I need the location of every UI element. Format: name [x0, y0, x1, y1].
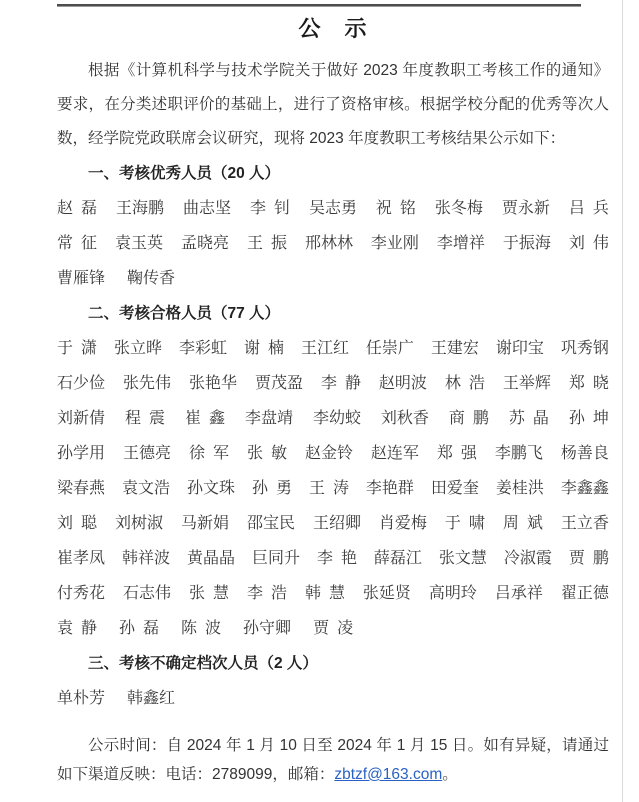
person-name: 肖爱梅	[379, 506, 427, 541]
person-name: 张冬梅	[435, 191, 483, 226]
person-name: 程 震	[125, 401, 165, 436]
person-name: 孟晓亮	[181, 226, 229, 261]
person-name: 崔孝凤	[57, 541, 105, 576]
name-row: 刘 聪刘树淑马新娟邵宝民王绍卿肖爱梅于 啸周 斌王立香	[57, 506, 609, 541]
name-row: 常 征袁玉英孟晓亮王 振邢林林李业刚李增祥于振海刘 伟	[57, 226, 609, 261]
person-name: 鞠传香	[127, 261, 175, 296]
person-name: 谢印宝	[496, 331, 544, 366]
top-rule-line	[57, 4, 581, 7]
person-name: 常 征	[57, 226, 97, 261]
person-name: 李 浩	[247, 576, 287, 611]
notice-document: 公 示 根据《计算机科学与技术学院关于做好 2023 年度教职工考核工作的通知》…	[0, 0, 639, 789]
person-name: 张延贤	[363, 576, 411, 611]
person-name: 王 涛	[309, 471, 349, 506]
person-name: 巩秀钢	[561, 331, 609, 366]
person-name: 韩鑫红	[127, 681, 175, 716]
person-name: 翟正德	[561, 576, 609, 611]
person-name: 孙学用	[57, 436, 105, 471]
intro-paragraph: 根据《计算机科学与技术学院关于做好 2023 年度教职工考核工作的通知》要求，在…	[57, 54, 609, 156]
person-name: 李艳群	[366, 471, 414, 506]
notice-title: 公 示	[57, 14, 609, 44]
person-name: 刘秋香	[381, 401, 429, 436]
person-name: 邢林林	[305, 226, 353, 261]
footer-suffix: 。	[442, 766, 458, 783]
email-link[interactable]: zbtzf@163.com	[334, 766, 442, 783]
section-1-heading: 一、考核优秀人员（20 人）	[57, 156, 609, 191]
person-name: 王立香	[561, 506, 609, 541]
person-name: 李增祥	[437, 226, 485, 261]
person-name: 曹雁锋	[57, 261, 105, 296]
person-name: 苏 晶	[509, 401, 549, 436]
person-name: 李彩虹	[179, 331, 227, 366]
person-name: 李 艳	[317, 541, 357, 576]
person-name: 徐 军	[189, 436, 229, 471]
person-name: 李鹏飞	[495, 436, 543, 471]
person-name: 王建宏	[431, 331, 479, 366]
person-name: 王江红	[301, 331, 349, 366]
name-row: 崔孝凤韩祥波黄晶晶巨同升李 艳薛磊江张文慧冷淑霞贾 鹏	[57, 541, 609, 576]
person-name: 于 啸	[445, 506, 485, 541]
person-name: 王绍卿	[313, 506, 361, 541]
person-name: 吴志勇	[309, 191, 357, 226]
person-name: 贾永新	[502, 191, 550, 226]
person-name: 于 潇	[57, 331, 97, 366]
person-name: 周 斌	[503, 506, 543, 541]
name-row: 梁春燕袁文浩孙文珠孙 勇王 涛李艳群田爱奎姜桂洪李鑫鑫	[57, 471, 609, 506]
name-row: 孙学用王德亮徐 军张 敏赵金铃赵连军郑 强李鹏飞杨善良	[57, 436, 609, 471]
person-name: 陈 波	[181, 611, 221, 646]
person-name: 张先伟	[123, 366, 171, 401]
person-name: 田爱奎	[431, 471, 479, 506]
person-name: 孙 磊	[119, 611, 159, 646]
person-name: 贾 鹏	[569, 541, 609, 576]
person-name: 王海鹏	[116, 191, 164, 226]
person-name: 袁玉英	[115, 226, 163, 261]
person-name: 曲志坚	[183, 191, 231, 226]
person-name: 吕 兵	[569, 191, 609, 226]
person-name: 郑 强	[437, 436, 477, 471]
person-name: 杨善良	[561, 436, 609, 471]
person-name: 王举辉	[503, 366, 551, 401]
person-name: 任崇广	[366, 331, 414, 366]
person-name: 谢 楠	[244, 331, 284, 366]
person-name: 李 钊	[250, 191, 290, 226]
person-name: 张文慧	[439, 541, 487, 576]
person-name: 贾茂盈	[255, 366, 303, 401]
person-name: 高明玲	[429, 576, 477, 611]
person-name: 商 鹏	[449, 401, 489, 436]
name-row: 于 潇张立晔李彩虹谢 楠王江红任崇广王建宏谢印宝巩秀钢	[57, 331, 609, 366]
person-name: 孙 坤	[569, 401, 609, 436]
person-name: 张立晔	[114, 331, 162, 366]
person-name: 吕承祥	[495, 576, 543, 611]
person-name: 黄晶晶	[187, 541, 235, 576]
person-name: 马新娟	[181, 506, 229, 541]
person-name: 李业刚	[371, 226, 419, 261]
section-2-heading: 二、考核合格人员（77 人）	[57, 296, 609, 331]
person-name: 郑 晓	[569, 366, 609, 401]
name-row: 曹雁锋鞠传香	[57, 261, 609, 296]
person-name: 袁 静	[57, 611, 97, 646]
person-name: 李 静	[321, 366, 361, 401]
person-name: 石少俭	[57, 366, 105, 401]
person-name: 巨同升	[252, 541, 300, 576]
person-name: 刘树淑	[115, 506, 163, 541]
person-name: 孙文珠	[187, 471, 235, 506]
name-row: 石少俭张先伟张艳华贾茂盈李 静赵明波林 浩王举辉郑 晓	[57, 366, 609, 401]
person-name: 李鑫鑫	[561, 471, 609, 506]
person-name: 韩 慧	[305, 576, 345, 611]
person-name: 李幼蛟	[313, 401, 361, 436]
person-name: 付秀花	[57, 576, 105, 611]
person-name: 刘新倩	[57, 401, 105, 436]
person-name: 冷淑霞	[504, 541, 552, 576]
person-name: 刘 伟	[569, 226, 609, 261]
person-name: 王德亮	[123, 436, 171, 471]
person-name: 孙 勇	[252, 471, 292, 506]
name-row: 刘新倩程 震崔 鑫李盘靖李幼蛟刘秋香商 鹏苏 晶孙 坤	[57, 401, 609, 436]
footer-text: 公示时间：自 2024 年 1 月 10 日至 2024 年 1 月 15 日。…	[57, 737, 609, 783]
person-name: 赵 磊	[57, 191, 97, 226]
person-name: 张艳华	[189, 366, 237, 401]
person-name: 祝 铭	[376, 191, 416, 226]
person-name: 袁文浩	[122, 471, 170, 506]
person-name: 赵金铃	[305, 436, 353, 471]
person-name: 赵明波	[379, 366, 427, 401]
person-name: 孙守卿	[243, 611, 291, 646]
section-3-heading: 三、考核不确定档次人员（2 人）	[57, 646, 609, 681]
person-name: 梁春燕	[57, 471, 105, 506]
name-row: 赵 磊王海鹏曲志坚李 钊吴志勇祝 铭张冬梅贾永新吕 兵	[57, 191, 609, 226]
person-name: 石志伟	[123, 576, 171, 611]
name-row: 付秀花石志伟张 慧李 浩韩 慧张延贤高明玲吕承祥翟正德	[57, 576, 609, 611]
person-name: 刘 聪	[57, 506, 97, 541]
person-name: 姜桂洪	[496, 471, 544, 506]
person-name: 韩祥波	[122, 541, 170, 576]
name-row: 袁 静孙 磊陈 波孙守卿贾 凌	[57, 611, 609, 646]
person-name: 单朴芳	[57, 681, 105, 716]
footer-paragraph: 公示时间：自 2024 年 1 月 10 日至 2024 年 1 月 15 日。…	[57, 731, 609, 789]
person-name: 于振海	[503, 226, 551, 261]
person-name: 邵宝民	[247, 506, 295, 541]
person-name: 张 敏	[247, 436, 287, 471]
person-name: 赵连军	[371, 436, 419, 471]
person-name: 李盘靖	[245, 401, 293, 436]
person-name: 张 慧	[189, 576, 229, 611]
page-edge-line	[622, 0, 623, 802]
name-row: 单朴芳韩鑫红	[57, 681, 609, 716]
person-name: 崔 鑫	[185, 401, 225, 436]
person-name: 贾 凌	[313, 611, 353, 646]
person-name: 薛磊江	[374, 541, 422, 576]
person-name: 林 浩	[445, 366, 485, 401]
person-name: 王 振	[247, 226, 287, 261]
